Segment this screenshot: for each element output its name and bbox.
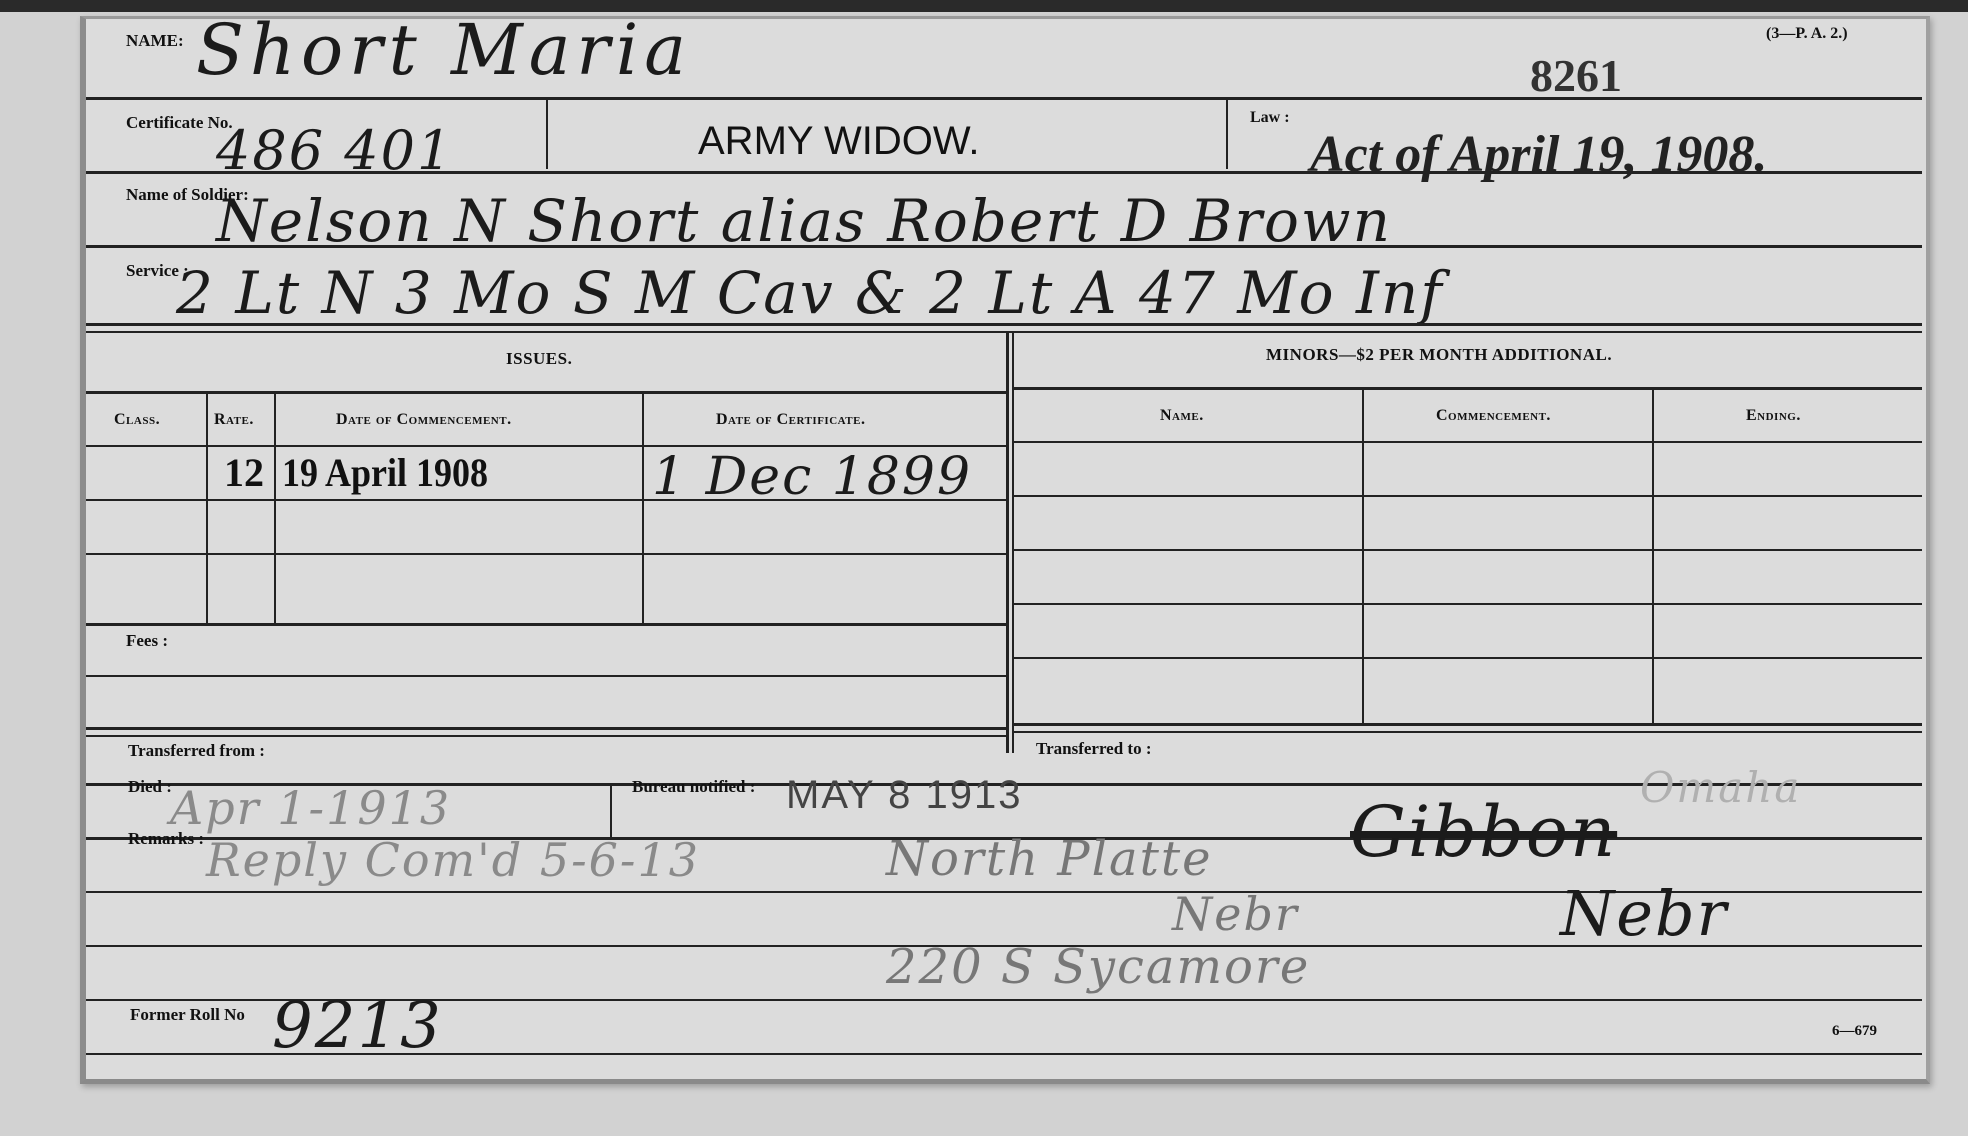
row-divider <box>1014 441 1922 443</box>
col-minor-ending: Ending. <box>1746 407 1801 425</box>
footer-form-code: 6—679 <box>1832 1023 1877 1040</box>
died-label: Died : <box>128 777 172 797</box>
divider <box>1014 723 1922 726</box>
divider <box>86 331 1922 333</box>
row-divider <box>86 499 1006 501</box>
former-roll-label: Former Roll No <box>130 1005 245 1025</box>
pension-index-card: NAME: Short Maria (3—P. A. 2.) 8261 Cert… <box>80 16 1930 1084</box>
remarks-label: Remarks : <box>128 829 204 849</box>
col-minor-commencement: Commencement. <box>1436 407 1551 425</box>
remarks-street: 220 S Sycamore <box>886 939 1310 995</box>
col-class: Class. <box>114 411 160 429</box>
divider <box>86 97 1922 100</box>
divider <box>86 323 1922 326</box>
row-divider <box>1014 549 1922 551</box>
transferred-from-label: Transferred from : <box>128 741 265 761</box>
remarks-state: Nebr <box>1560 877 1728 950</box>
transferred-to-label: Transferred to : <box>1036 739 1152 759</box>
fees-label: Fees : <box>126 631 168 651</box>
divider <box>610 785 612 837</box>
died-value: Apr 1-1913 <box>170 781 451 835</box>
divider <box>86 171 1922 174</box>
bureau-notified-stamp: MAY 8 1913 <box>786 773 1022 818</box>
remarks-struck-city: Gibbon <box>1350 791 1617 873</box>
divider <box>86 735 1006 737</box>
bureau-notified-label: Bureau notified : <box>632 777 755 797</box>
remarks-reply: Reply Com'd 5-6-13 <box>206 833 700 887</box>
issue-row-commencement: 19 April 1908 <box>282 449 488 496</box>
remarks-new-city: North Platte <box>886 831 1213 887</box>
col-divider <box>1652 387 1654 723</box>
divider <box>1226 99 1228 169</box>
divider <box>86 245 1922 248</box>
law-label: Law : <box>1250 109 1290 127</box>
row-divider <box>1014 603 1922 605</box>
col-divider <box>274 391 276 623</box>
card-type-title: ARMY WIDOW. <box>698 119 979 164</box>
divider <box>86 391 1006 394</box>
divider <box>86 727 1006 730</box>
divider <box>1014 387 1922 390</box>
former-roll-value: 9213 <box>272 989 443 1063</box>
form-code: (3—P. A. 2.) <box>1766 25 1848 43</box>
divider <box>86 675 1006 677</box>
col-divider <box>642 391 644 623</box>
col-divider <box>206 391 208 623</box>
faint-city-note: Omaha <box>1640 763 1801 812</box>
row-divider <box>86 553 1006 555</box>
divider <box>546 99 548 169</box>
divider <box>86 623 1006 626</box>
minors-title: MINORS—$2 PER MONTH ADDITIONAL. <box>1266 345 1612 365</box>
issue-row-certificate: 1 Dec 1899 <box>652 447 972 507</box>
center-divider <box>1012 331 1014 753</box>
col-rate: Rate. <box>214 411 254 429</box>
row-divider <box>1014 495 1922 497</box>
name-value: Short Maria <box>196 9 692 91</box>
col-date-commencement: Date of Commencement. <box>336 411 512 429</box>
col-date-certificate: Date of Certificate. <box>716 411 865 429</box>
row-divider <box>1014 657 1922 659</box>
divider <box>1014 731 1922 733</box>
file-number: 8261 <box>1530 49 1622 102</box>
name-label: NAME: <box>126 31 184 51</box>
law-value: Act of April 19, 1908. <box>1310 125 1767 184</box>
divider <box>86 1053 1922 1055</box>
issue-row-rate: 12 <box>224 449 264 496</box>
remarks-state-faint: Nebr <box>1172 887 1299 941</box>
service-value: 2 Lt N 3 Mo S M Cav & 2 Lt A 47 Mo Inf <box>176 259 1444 327</box>
center-divider <box>1006 331 1009 753</box>
col-minor-name: Name. <box>1160 407 1204 425</box>
issues-title: ISSUES. <box>506 349 572 369</box>
col-divider <box>1362 387 1364 723</box>
